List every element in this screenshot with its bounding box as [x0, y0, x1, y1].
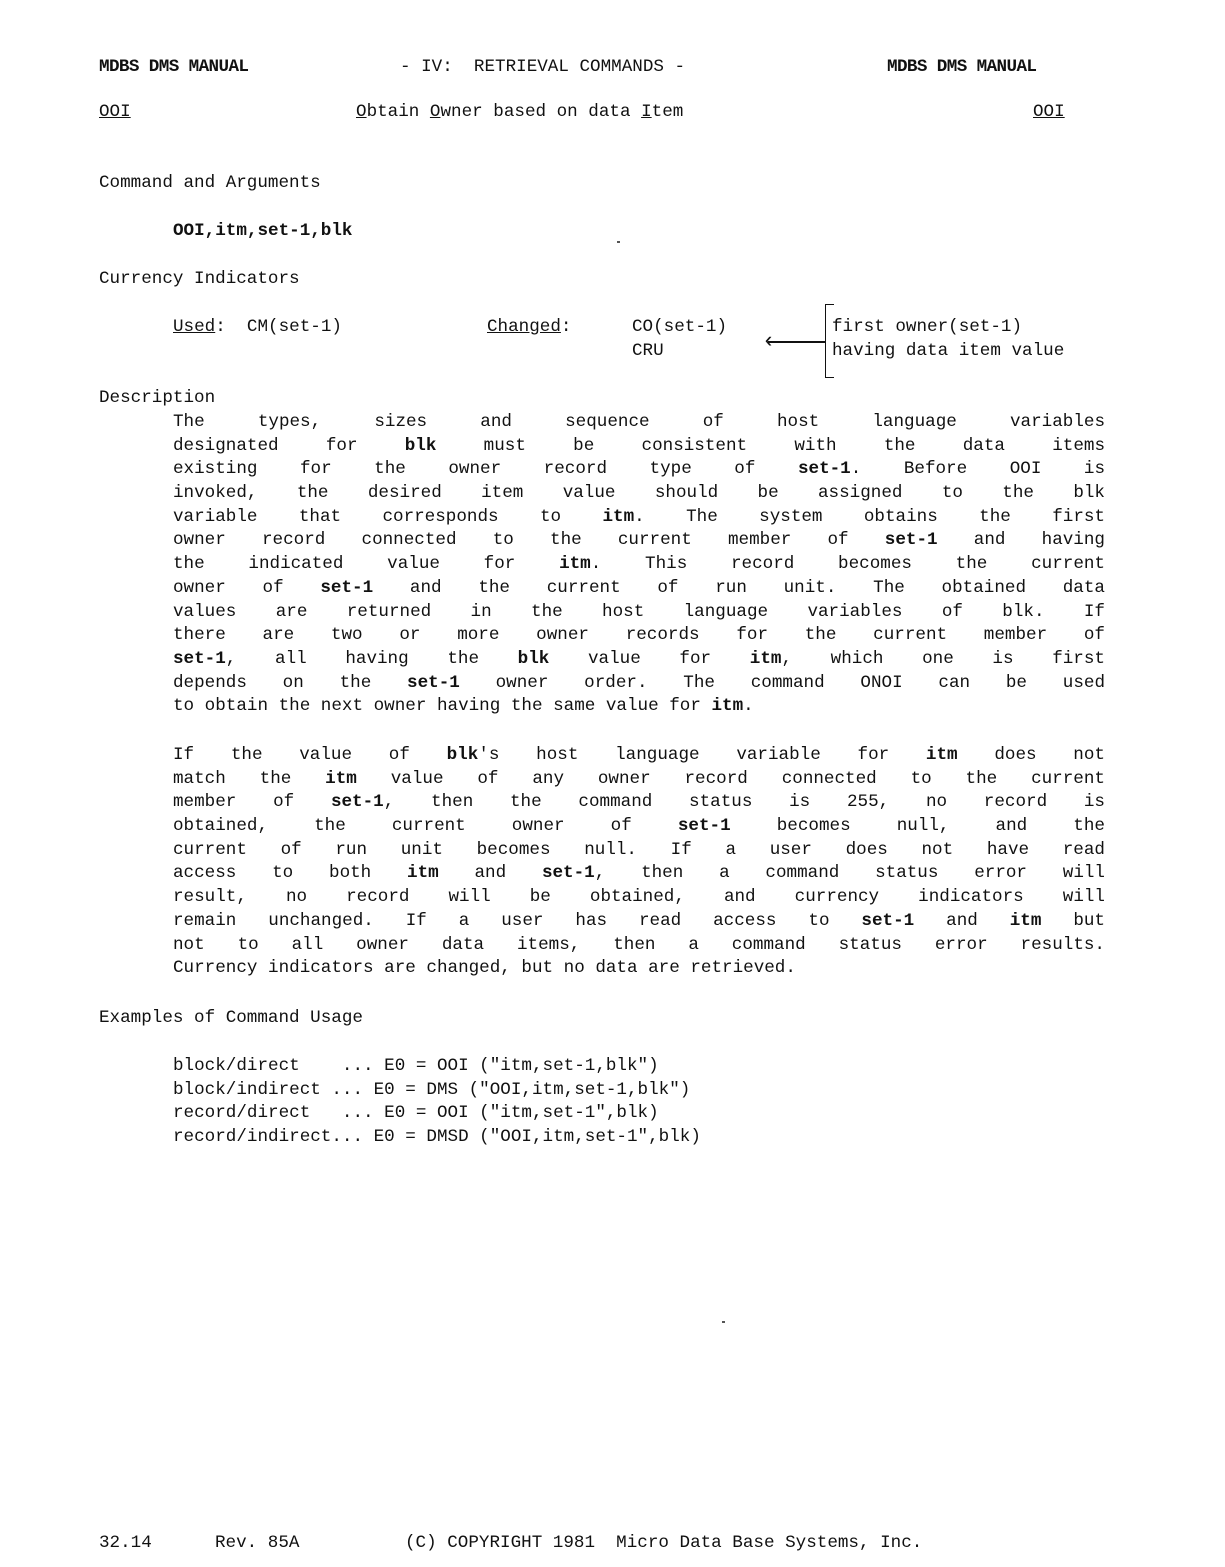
paragraph-line: owner record connected to the current me… [173, 529, 1105, 553]
command-code-right: OOI [1033, 101, 1065, 125]
paragraph-line: variable that corresponds to itm. The sy… [173, 506, 1105, 530]
section-heading-description: Description [99, 387, 215, 411]
paragraph-line: access to both itm and set-1, then a com… [173, 862, 1105, 886]
scan-speck [722, 1321, 725, 1323]
paragraph-line: depends on the set-1 owner order. The co… [173, 672, 1105, 696]
header-right: MDBS DMS MANUAL [887, 56, 1036, 80]
description-paragraph-1: The types, sizes and sequence of host la… [173, 411, 1105, 719]
paragraph-line: invoked, the desired item value should b… [173, 482, 1105, 506]
paragraph-line: current of run unit becomes null. If a u… [173, 839, 1105, 863]
used-label: Used [173, 317, 215, 337]
paragraph-line: there are two or more owner records for … [173, 624, 1105, 648]
section-heading-command: Command and Arguments [99, 172, 321, 196]
paragraph-line: The types, sizes and sequence of host la… [173, 411, 1105, 435]
paragraph-line: owner of set-1 and the current of run un… [173, 577, 1105, 601]
title-part: O [356, 102, 367, 122]
title-part: I [641, 102, 652, 122]
changed-row: Changed: [487, 316, 571, 340]
title-part: tem [652, 102, 684, 122]
scan-speck [617, 241, 620, 243]
paragraph-line: designated for blk must be consistent wi… [173, 435, 1105, 459]
paragraph-line: set-1, all having the blk value for itm,… [173, 648, 1105, 672]
paragraph-line: existing for the owner record type of se… [173, 458, 1105, 482]
paragraph-line: values are returned in the host language… [173, 601, 1105, 625]
changed-label: Changed [487, 317, 561, 337]
command-code-left: OOI [99, 101, 131, 125]
header-center: - IV: RETRIEVAL COMMANDS - [400, 56, 685, 80]
section-heading-examples: Examples of Command Usage [99, 1007, 363, 1031]
title-part: wner based on data [440, 102, 641, 122]
footer-copyright: (C) COPYRIGHT 1981 Micro Data Base Syste… [405, 1532, 922, 1556]
paragraph-line: the indicated value for itm. This record… [173, 553, 1105, 577]
command-syntax: OOI,itm,set-1,blk [173, 220, 353, 244]
title-part: btain [367, 102, 430, 122]
bracket-line-2: having data item value [832, 340, 1064, 364]
example-row-block-direct: block/direct ... E0 = OOI ("itm,set-1,bl… [173, 1055, 659, 1079]
used-value: CM(set-1) [247, 317, 342, 337]
paragraph-line: match the itm value of any owner record … [173, 768, 1105, 792]
bracket-line-1: first owner(set-1) [832, 316, 1022, 340]
header-left: MDBS DMS MANUAL [99, 56, 248, 80]
example-row-block-indirect: block/indirect ... E0 = DMS ("OOI,itm,se… [173, 1079, 690, 1103]
section-heading-currency: Currency Indicators [99, 268, 300, 292]
changed-value-co: CO(set-1) [632, 316, 727, 340]
paragraph-line: to obtain the next owner having the same… [173, 695, 1105, 719]
example-row-record-direct: record/direct ... E0 = OOI ("itm,set-1",… [173, 1102, 659, 1126]
arrow-shaft [768, 341, 825, 343]
title-part: O [430, 102, 441, 122]
paragraph-line: not to all owner data items, then a comm… [173, 934, 1105, 958]
footer-revision: Rev. 85A [215, 1532, 299, 1556]
example-row-record-indirect: record/indirect... E0 = DMSD ("OOI,itm,s… [173, 1126, 701, 1150]
description-paragraph-2: If the value of blk's host language vari… [173, 744, 1105, 981]
changed-value-cru: CRU [632, 340, 664, 364]
paragraph-line: member of set-1, then the command status… [173, 791, 1105, 815]
footer-page-number: 32.14 [99, 1532, 152, 1556]
command-title: Obtain Owner based on data Item [356, 101, 683, 125]
paragraph-line: result, no record will be obtained, and … [173, 886, 1105, 910]
paragraph-line: remain unchanged. If a user has read acc… [173, 910, 1105, 934]
used-row: Used: CM(set-1) [173, 316, 342, 340]
paragraph-line: If the value of blk's host language vari… [173, 744, 1105, 768]
paragraph-line: obtained, the current owner of set-1 bec… [173, 815, 1105, 839]
paragraph-line: Currency indicators are changed, but no … [173, 957, 1105, 981]
